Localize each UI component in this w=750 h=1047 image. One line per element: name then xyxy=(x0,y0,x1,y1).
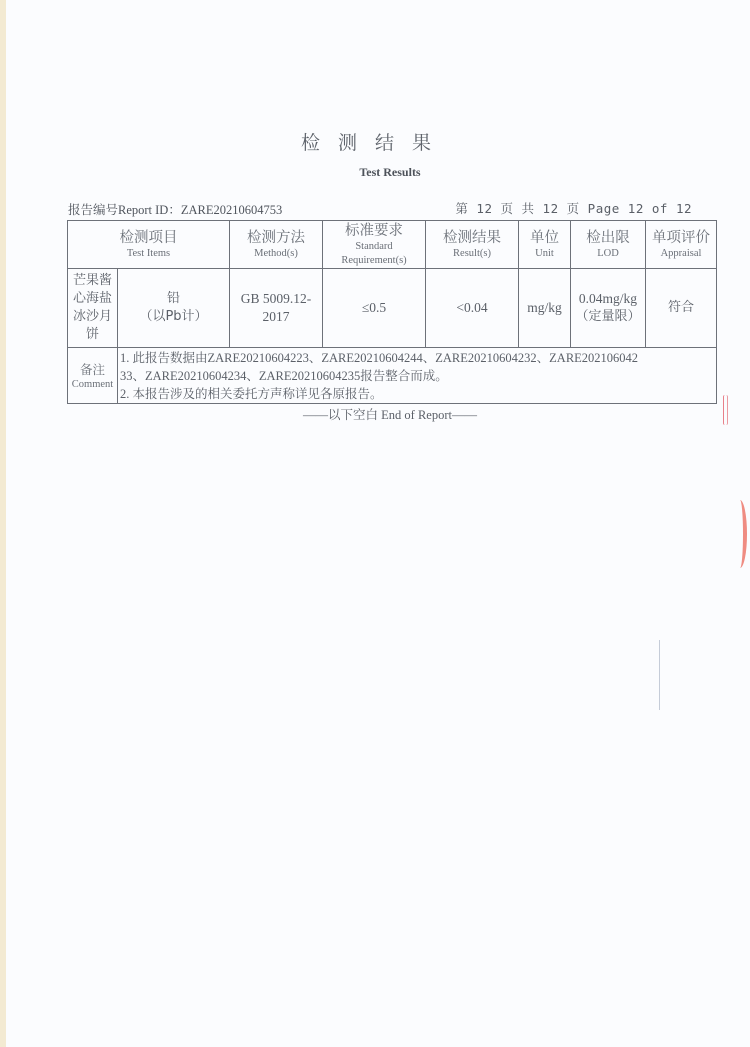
product-name: 芒果酱 心海盐 冰沙月 饼 xyxy=(68,269,118,348)
comment-text: 1. 此报告数据由ZARE20210604223、ZARE20210604244… xyxy=(118,348,717,404)
report-id-value: ZARE20210604753 xyxy=(181,203,282,217)
header-lod: 检出限 LOD xyxy=(571,221,646,269)
report-id-label: 报告编号Report ID： xyxy=(68,203,181,217)
header-standard: 标准要求 Standard Requirement(s) xyxy=(323,221,426,269)
page-title-cn: 检测结果 xyxy=(0,128,750,155)
report-id: 报告编号Report ID：ZARE20210604753 xyxy=(68,200,282,218)
header-test-items: 检测项目 Test Items xyxy=(68,221,230,269)
table-row: 芒果酱 心海盐 冰沙月 饼 铅 （以Pb计） GB 5009.12- 2017 … xyxy=(68,269,717,348)
header-appraisal: 单项评价 Appraisal xyxy=(646,221,717,269)
comment-label: 备注 Comment xyxy=(68,348,118,404)
header-unit: 单位 Unit xyxy=(519,221,571,269)
scan-artifact-line xyxy=(659,640,660,710)
seal-stamp-fragment xyxy=(723,395,728,425)
standard-requirement: ≤0.5 xyxy=(323,269,426,348)
test-result: <0.04 xyxy=(426,269,519,348)
results-table: 检测项目 Test Items 检测方法 Method(s) 标准要求 Stan… xyxy=(67,220,717,404)
test-item: 铅 （以Pb计） xyxy=(118,269,230,348)
page-title-en: Test Results xyxy=(0,165,750,180)
header-result: 检测结果 Result(s) xyxy=(426,221,519,269)
lod: 0.04mg/kg （定量限） xyxy=(571,269,646,348)
appraisal: 符合 xyxy=(646,269,717,348)
header-method: 检测方法 Method(s) xyxy=(230,221,323,269)
unit: mg/kg xyxy=(519,269,571,348)
table-header-row: 检测项目 Test Items 检测方法 Method(s) 标准要求 Stan… xyxy=(68,221,717,269)
seal-stamp-fragment xyxy=(733,500,747,568)
page-info: 第 12 页 共 12 页 Page 12 of 12 xyxy=(455,199,692,217)
scan-edge-strip xyxy=(0,0,6,1047)
end-of-report: ——以下空白 End of Report—— xyxy=(0,405,750,423)
comment-row: 备注 Comment 1. 此报告数据由ZARE20210604223、ZARE… xyxy=(68,348,717,404)
test-method: GB 5009.12- 2017 xyxy=(230,269,323,348)
